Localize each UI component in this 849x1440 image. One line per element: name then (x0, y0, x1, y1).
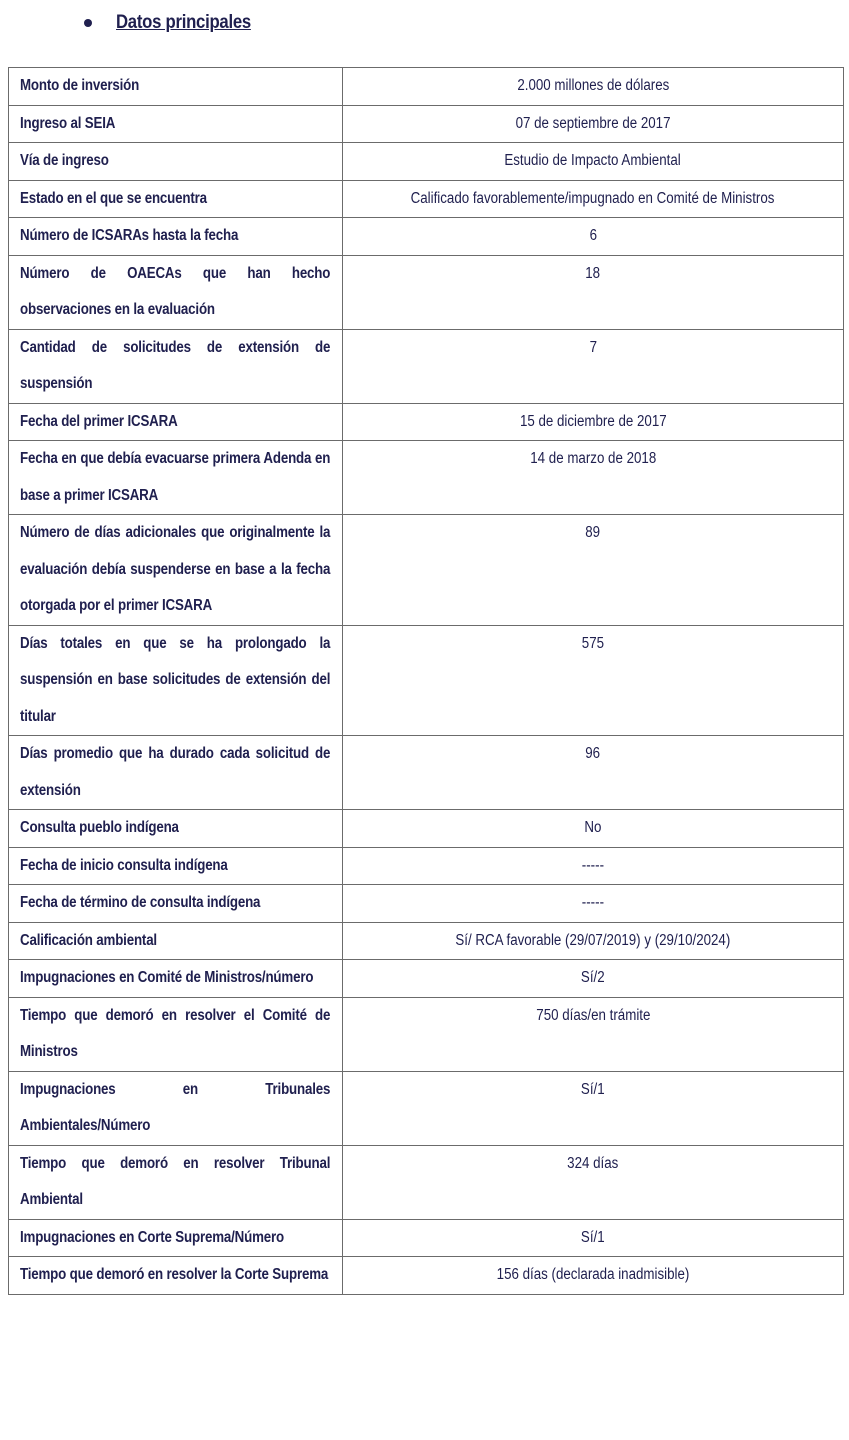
row-label: Fecha de inicio consulta indígena (9, 847, 343, 885)
table-row: Días promedio que ha durado cada solicit… (9, 736, 844, 810)
row-label: Días totales en que se ha prolongado la … (9, 625, 343, 736)
table-row: Fecha del primer ICSARA15 de diciembre d… (9, 403, 844, 441)
row-label-text: Fecha de inicio consulta indígena (20, 848, 330, 885)
table-row: Estado en el que se encuentraCalificado … (9, 180, 844, 218)
row-value: Sí/ RCA favorable (29/07/2019) y (29/10/… (343, 922, 844, 960)
row-value: 324 días (343, 1145, 844, 1219)
row-label: Impugnaciones en Tribunales Ambientales/… (9, 1071, 343, 1145)
row-label-text: Fecha del primer ICSARA (20, 404, 330, 441)
table-row: Fecha de inicio consulta indígena----- (9, 847, 844, 885)
row-label-text: Días promedio que ha durado cada solicit… (20, 736, 330, 809)
row-label: Consulta pueblo indígena (9, 810, 343, 848)
row-label: Fecha de término de consulta indígena (9, 885, 343, 923)
row-label: Tiempo que demoró en resolver el Comité … (9, 997, 343, 1071)
section-heading: Datos principales (84, 8, 269, 38)
row-value-text: 18 (586, 256, 601, 293)
row-value: 89 (343, 515, 844, 626)
row-label: Estado en el que se encuentra (9, 180, 343, 218)
table-row: Número de ICSARAs hasta la fecha6 (9, 218, 844, 256)
row-label: Ingreso al SEIA (9, 105, 343, 143)
row-value-text: 575 (582, 626, 604, 663)
row-label-text: Ingreso al SEIA (20, 106, 330, 143)
row-value: 07 de septiembre de 2017 (343, 105, 844, 143)
row-value: 6 (343, 218, 844, 256)
bullet-icon (84, 19, 92, 27)
table-row: Ingreso al SEIA07 de septiembre de 2017 (9, 105, 844, 143)
row-label: Tiempo que demoró en resolver la Corte S… (9, 1257, 343, 1295)
row-value: Estudio de Impacto Ambiental (343, 143, 844, 181)
table-row: Impugnaciones en Corte Suprema/NúmeroSí/… (9, 1219, 844, 1257)
row-value-text: 15 de diciembre de 2017 (520, 404, 667, 441)
table-row: Cantidad de solicitudes de extensión de … (9, 329, 844, 403)
row-label: Tiempo que demoró en resolver Tribunal A… (9, 1145, 343, 1219)
row-value: 750 días/en trámite (343, 997, 844, 1071)
table-row: Fecha de término de consulta indígena---… (9, 885, 844, 923)
row-label-text: Impugnaciones en Corte Suprema/Número (20, 1220, 330, 1257)
row-value: No (343, 810, 844, 848)
row-label-text: Tiempo que demoró en resolver el Comité … (20, 998, 330, 1071)
table-row: Días totales en que se ha prolongado la … (9, 625, 844, 736)
table-row: Tiempo que demoró en resolver Tribunal A… (9, 1145, 844, 1219)
row-label: Número de ICSARAs hasta la fecha (9, 218, 343, 256)
table-row: Número de OAECAs que han hecho observaci… (9, 255, 844, 329)
row-value: 575 (343, 625, 844, 736)
row-value-text: 6 (589, 218, 596, 255)
row-label-text: Fecha de término de consulta indígena (20, 885, 330, 922)
row-value-text: 750 días/en trámite (536, 998, 650, 1035)
row-value-text: ----- (582, 848, 604, 885)
row-value-text: 156 días (declarada inadmisible) (497, 1257, 690, 1294)
row-label: Calificación ambiental (9, 922, 343, 960)
row-value-text: Sí/1 (581, 1220, 605, 1257)
row-label-text: Impugnaciones en Tribunales Ambientales/… (20, 1072, 330, 1145)
row-value: 14 de marzo de 2018 (343, 441, 844, 515)
row-label: Monto de inversión (9, 68, 343, 106)
row-value: Calificado favorablemente/impugnado en C… (343, 180, 844, 218)
row-value-text: 7 (589, 330, 596, 367)
row-value-text: 14 de marzo de 2018 (530, 441, 656, 478)
row-value-text: 324 días (567, 1146, 618, 1183)
row-label-text: Fecha en que debía evacuarse primera Ade… (20, 441, 330, 514)
row-label-text: Estado en el que se encuentra (20, 181, 330, 218)
row-label-text: Número de OAECAs que han hecho observaci… (20, 256, 330, 329)
row-value-text: 2.000 millones de dólares (517, 68, 669, 105)
row-label-text: Cantidad de solicitudes de extensión de … (20, 330, 330, 403)
row-label-text: Impugnaciones en Comité de Ministros/núm… (20, 960, 330, 997)
row-value-text: Sí/2 (581, 960, 605, 997)
row-value-text: Sí/1 (581, 1072, 605, 1109)
section-title: Datos principales (116, 12, 251, 34)
row-value: ----- (343, 847, 844, 885)
row-value: 156 días (declarada inadmisible) (343, 1257, 844, 1295)
row-value-text: Calificado favorablemente/impugnado en C… (411, 181, 775, 218)
table-row: Impugnaciones en Tribunales Ambientales/… (9, 1071, 844, 1145)
main-data-table: Monto de inversión2.000 millones de dóla… (8, 67, 844, 1295)
row-label-text: Días totales en que se ha prolongado la … (20, 626, 330, 736)
row-value: ----- (343, 885, 844, 923)
row-value: Sí/1 (343, 1071, 844, 1145)
table-row: Tiempo que demoró en resolver el Comité … (9, 997, 844, 1071)
row-label: Vía de ingreso (9, 143, 343, 181)
table-row: Impugnaciones en Comité de Ministros/núm… (9, 960, 844, 998)
row-value-text: 96 (586, 736, 601, 773)
row-label-text: Monto de inversión (20, 68, 330, 105)
table-row: Calificación ambientalSí/ RCA favorable … (9, 922, 844, 960)
row-value-text: 89 (586, 515, 601, 552)
row-value-text: Estudio de Impacto Ambiental (505, 143, 681, 180)
row-value: 96 (343, 736, 844, 810)
table-row: Fecha en que debía evacuarse primera Ade… (9, 441, 844, 515)
table-row: Vía de ingresoEstudio de Impacto Ambient… (9, 143, 844, 181)
row-value: Sí/2 (343, 960, 844, 998)
row-label: Fecha en que debía evacuarse primera Ade… (9, 441, 343, 515)
row-label: Impugnaciones en Comité de Ministros/núm… (9, 960, 343, 998)
row-value-text: ----- (582, 885, 604, 922)
row-value-text: Sí/ RCA favorable (29/07/2019) y (29/10/… (456, 923, 731, 960)
row-label: Días promedio que ha durado cada solicit… (9, 736, 343, 810)
row-value-text: 07 de septiembre de 2017 (516, 106, 671, 143)
row-label-text: Vía de ingreso (20, 143, 330, 180)
row-label-text: Tiempo que demoró en resolver la Corte S… (20, 1257, 330, 1294)
table-row: Consulta pueblo indígenaNo (9, 810, 844, 848)
row-label: Cantidad de solicitudes de extensión de … (9, 329, 343, 403)
row-value: 2.000 millones de dólares (343, 68, 844, 106)
row-value-text: No (584, 810, 601, 847)
row-value: 15 de diciembre de 2017 (343, 403, 844, 441)
row-label: Número de días adicionales que originalm… (9, 515, 343, 626)
row-label-text: Tiempo que demoró en resolver Tribunal A… (20, 1146, 330, 1219)
row-value: 7 (343, 329, 844, 403)
row-value: Sí/1 (343, 1219, 844, 1257)
row-label: Fecha del primer ICSARA (9, 403, 343, 441)
row-value: 18 (343, 255, 844, 329)
row-label-text: Calificación ambiental (20, 923, 330, 960)
table-row: Número de días adicionales que originalm… (9, 515, 844, 626)
row-label-text: Número de ICSARAs hasta la fecha (20, 218, 330, 255)
table-row: Monto de inversión2.000 millones de dóla… (9, 68, 844, 106)
row-label: Número de OAECAs que han hecho observaci… (9, 255, 343, 329)
table-row: Tiempo que demoró en resolver la Corte S… (9, 1257, 844, 1295)
row-label-text: Número de días adicionales que originalm… (20, 515, 330, 625)
row-label-text: Consulta pueblo indígena (20, 810, 330, 847)
row-label: Impugnaciones en Corte Suprema/Número (9, 1219, 343, 1257)
